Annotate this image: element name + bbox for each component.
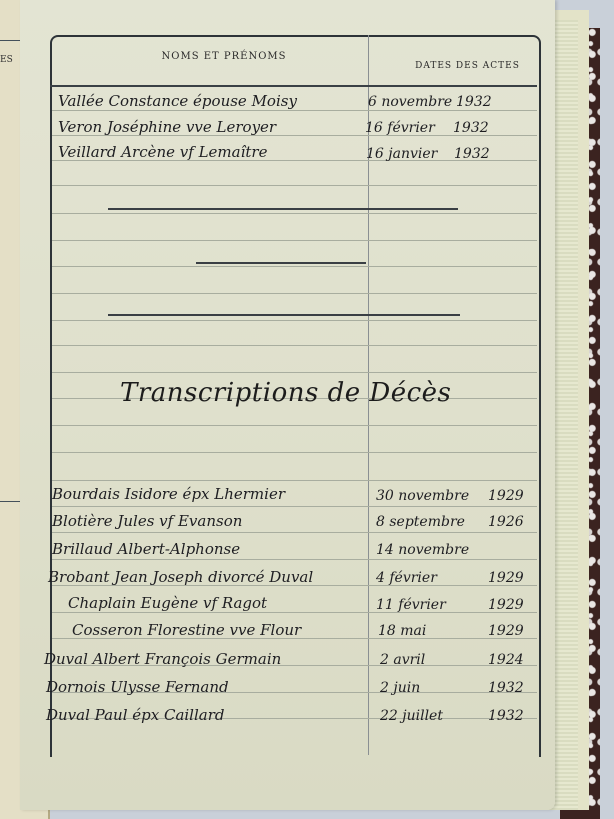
- entry-date: 14 novembre: [376, 542, 469, 558]
- date-year: 1932: [456, 94, 492, 110]
- ruled-line: [52, 185, 537, 186]
- date-day-month: 4 février: [376, 570, 437, 586]
- left-page-header-fragment: ES: [0, 55, 13, 65]
- date-day-month: 30 novembre: [376, 488, 469, 504]
- entry-date: 4 février 1929: [376, 570, 437, 586]
- date-day-month: 16 janvier: [366, 146, 437, 162]
- date-year: 1932: [488, 680, 524, 696]
- date-year: 1932: [453, 120, 489, 136]
- date-day-month: 11 février: [376, 597, 446, 613]
- ruled-line: [52, 480, 537, 481]
- entry-date: 11 février 1929: [376, 597, 446, 613]
- closing-stroke: [196, 262, 366, 264]
- section-title: Transcriptions de Décès: [120, 378, 460, 408]
- register-page: NOMS ET PRÉNOMS DATES DES ACTES Vallée C…: [20, 0, 555, 810]
- date-day-month: 18 mai: [378, 623, 426, 639]
- date-year: 1932: [454, 146, 490, 162]
- ruled-line: [52, 452, 537, 453]
- entry-date: 16 février 1932: [365, 120, 435, 136]
- date-day-month: 16 février: [365, 120, 435, 136]
- ruled-line: [52, 320, 537, 321]
- entry-name: Brobant Jean Joseph divorcé Duval: [48, 568, 313, 586]
- date-day-month: 14 novembre: [376, 542, 469, 558]
- entry-name: Veillard Arcène vf Lemaître: [58, 143, 267, 161]
- entry-name: Vallée Constance épouse Moisy: [58, 92, 297, 110]
- entry-date: 18 mai 1929: [378, 623, 426, 639]
- header-names: NOMS ET PRÉNOMS: [50, 51, 398, 62]
- date-year: 1929: [488, 488, 524, 504]
- entry-name: Duval Paul épx Caillard: [46, 706, 225, 724]
- entry-date: 30 novembre 1929: [376, 488, 469, 504]
- entry-date: 2 avril 1924: [380, 652, 425, 668]
- entry-name: Veron Joséphine vve Leroyer: [58, 118, 276, 136]
- header-dates: DATES DES ACTES: [398, 61, 537, 71]
- entry-date: 2 juin 1932: [380, 680, 420, 696]
- ruled-line: [52, 506, 537, 507]
- entry-name: Dornois Ulysse Fernand: [46, 678, 229, 696]
- date-day-month: 2 avril: [380, 652, 425, 668]
- date-year: 1929: [488, 597, 524, 613]
- entry-name: Chaplain Eugène vf Ragot: [68, 594, 267, 612]
- ruled-line: [52, 372, 537, 373]
- ruled-line: [52, 240, 537, 241]
- entry-name: Bourdais Isidore épx Lhermier: [52, 485, 285, 503]
- ruled-line: [52, 213, 537, 214]
- ruled-line: [52, 266, 537, 267]
- date-year: 1926: [488, 514, 524, 530]
- ruled-line: [52, 345, 537, 346]
- entry-date: 6 novembre 1932: [368, 94, 452, 110]
- ruled-line: [52, 612, 537, 613]
- entry-date: 16 janvier 1932: [366, 146, 437, 162]
- entry-name: Blotière Jules vf Evanson: [52, 512, 242, 530]
- date-day-month: 2 juin: [380, 680, 420, 696]
- ruled-line: [52, 425, 537, 426]
- table-header: NOMS ET PRÉNOMS DATES DES ACTES: [50, 35, 537, 87]
- entry-date: 8 septembre 1926: [376, 514, 465, 530]
- date-year: 1929: [488, 570, 524, 586]
- ruled-line: [52, 293, 537, 294]
- entry-name: Brillaud Albert-Alphonse: [52, 540, 240, 558]
- ruled-line: [52, 110, 537, 111]
- date-day-month: 8 septembre: [376, 514, 465, 530]
- ruled-line: [52, 532, 537, 533]
- closing-stroke: [108, 314, 460, 316]
- date-year: 1924: [488, 652, 524, 668]
- ruled-line: [52, 559, 537, 560]
- entry-name: Duval Albert François Germain: [44, 650, 281, 668]
- date-year: 1932: [488, 708, 524, 724]
- date-day-month: 22 juillet: [380, 708, 443, 724]
- entry-name: Cosseron Florestine vve Flour: [72, 621, 301, 639]
- date-year: 1929: [488, 623, 524, 639]
- entry-date: 22 juillet 1932: [380, 708, 443, 724]
- closing-stroke: [108, 208, 458, 210]
- date-day-month: 6 novembre: [368, 94, 452, 110]
